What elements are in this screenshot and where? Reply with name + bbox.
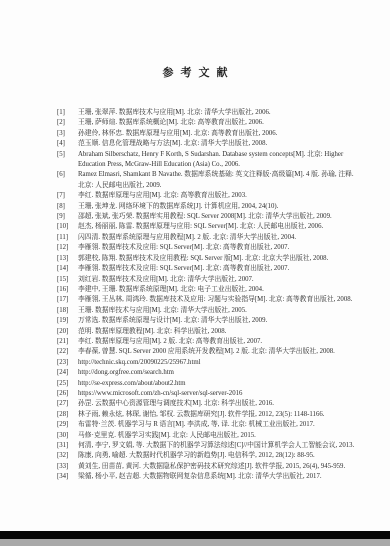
reference-item: [15] 刘红岩. 数据库技术及应用[M]. 北京: 清华大学出版社, 2007…: [57, 275, 360, 285]
reference-item: [34] 梁循, 杨小平, 赵吉超. 大数据物联网复杂信息系统[M]. 北京: …: [57, 472, 360, 482]
reference-number: [15]: [57, 275, 78, 285]
reference-text: 李红. 数据库原理与应用[M]. 2 版. 北京: 高等教育出版社, 2007.: [78, 337, 360, 347]
reference-text: 王珊. 数据库技术与应用[M]. 北京: 清华大学出版社, 2005.: [78, 306, 360, 316]
reference-text: Ramez Elmasri, Shamkant B Navathe. 数据库系统…: [78, 170, 360, 191]
reference-item: [10] 赵杰, 杨丽丽, 陈雷. 数据库原理与应用: SQL Server[M…: [57, 222, 360, 232]
reference-text: 李雁翎. 数据库技术及应用: SQL Server[M]. 北京: 高等教育出版…: [78, 243, 360, 253]
reference-text: 范玉顺. 信息化管理战略与方法[M]. 北京: 清华大学出版社, 2008.: [78, 139, 360, 149]
reference-number: [6]: [57, 170, 78, 180]
reference-number: [28]: [57, 410, 78, 420]
reference-item: [33] 黄刘生, 田苗苗, 黄河. 大数据隐私保护密码技术研究综述[J]. 软…: [57, 462, 360, 472]
scan-footer-gray-bar: [0, 539, 390, 546]
reference-text: 王珊, 张翠萍. 数据库技术与应用[M]. 北京: 清华大学出版社, 2006.: [78, 108, 360, 118]
reference-item: [11] 闪四清. 数据库系统原理与应用教程[M]. 2 版. 北京: 清华大学…: [57, 233, 360, 243]
reference-item: [3] 孙建伶, 林怀忠. 数据库原理与应用[M]. 北京: 高等教育出版社, …: [57, 129, 360, 139]
reference-item: [23] http://technic.skq.com/20090225/259…: [57, 358, 360, 368]
reference-number: [27]: [57, 399, 78, 409]
reference-number: [21]: [57, 337, 78, 347]
reference-number: [24]: [57, 368, 78, 378]
reference-item: [25] http://se-express.com/about/about2.…: [57, 379, 360, 389]
reference-number: [12]: [57, 243, 78, 253]
reference-text: http://dong.orgfree.com/search.htm: [78, 368, 360, 378]
reference-item: [27] 孙罡. 云数据中心资源管理与调度技术[M]. 北京: 科学出版社, 2…: [57, 399, 360, 409]
reference-text: 王珊, 张坤龙. 网络环境下的数据库系统[J]. 计算机应用, 2004, 24…: [78, 202, 360, 212]
reference-number: [19]: [57, 316, 78, 326]
reference-number: [26]: [57, 389, 78, 399]
reference-item: [4] 范玉顺. 信息化管理战略与方法[M]. 北京: 清华大学出版社, 200…: [57, 139, 360, 149]
reference-text: 梁循, 杨小平, 赵吉超. 大数据物联网复杂信息系统[M]. 北京: 清华大学出…: [78, 472, 360, 482]
reference-item: [24] http://dong.orgfree.com/search.htm: [57, 368, 360, 378]
reference-text: http://technic.skq.com/20090225/25967.ht…: [78, 358, 360, 368]
reference-number: [17]: [57, 295, 78, 305]
reference-text: 马修·克里克. 机器学习实践[M]. 北京: 人民邮电出版社, 2015.: [78, 431, 360, 441]
reference-number: [34]: [57, 472, 78, 482]
reference-item: [5] Abraham Silberschatz, Henry F Korth,…: [57, 150, 360, 171]
reference-item: [8] 王珊, 张坤龙. 网络环境下的数据库系统[J]. 计算机应用, 2004…: [57, 202, 360, 212]
reference-item: [2] 王珊, 萨师煊. 数据库系统概论[M]. 北京: 高等教育出版社, 20…: [57, 118, 360, 128]
reference-text: 闪四清. 数据库系统原理与应用教程[M]. 2 版. 北京: 清华大学出版社, …: [78, 233, 360, 243]
reference-item: [32] 陈康, 向勇, 喻超. 大数据时代机器学习的新趋势[J]. 电信科学,…: [57, 451, 360, 461]
reference-number: [9]: [57, 212, 78, 222]
reference-number: [29]: [57, 420, 78, 430]
reference-text: 林子雨, 赖永炫, 林琛, 谢怡, 邹权. 云数据库研究[J]. 软件学报, 2…: [78, 410, 360, 420]
reference-item: [6] Ramez Elmasri, Shamkant B Navathe. 数…: [57, 170, 360, 191]
reference-number: [32]: [57, 451, 78, 461]
reference-item: [20] 范明. 数据库原理教程[M]. 北京: 科学出版社, 2008.: [57, 327, 360, 337]
reference-item: [17] 李雁翎, 王丛林, 周鸿玲. 数据库技术及应用: 习题与实验指导[M]…: [57, 295, 360, 305]
reference-number: [4]: [57, 139, 78, 149]
reference-number: [1]: [57, 108, 78, 118]
reference-text: 刘红岩. 数据库技术及应用[M]. 北京: 清华大学出版社, 2007.: [78, 275, 360, 285]
reference-item: [7] 李红. 数据库原理与应用[M]. 北京: 高等教育出版社, 2003.: [57, 191, 360, 201]
reference-item: [16] 李建中, 王珊. 数据库系统原理[M]. 北京: 电子工业出版社, 2…: [57, 285, 360, 295]
reference-number: [14]: [57, 264, 78, 274]
page-title: 参考文献: [0, 64, 390, 80]
reference-item: [9] 邵超, 张斌, 张巧荣. 数据库实用教程: SQL Server 200…: [57, 212, 360, 222]
reference-number: [10]: [57, 222, 78, 232]
reference-number: [25]: [57, 379, 78, 389]
reference-text: 李雁翎, 王丛林, 周鸿玲. 数据库技术及应用: 习题与实验指导[M]. 北京:…: [78, 295, 360, 305]
reference-text: 范明. 数据库原理教程[M]. 北京: 科学出版社, 2008.: [78, 327, 360, 337]
reference-number: [20]: [57, 327, 78, 337]
reference-text: 赵杰, 杨丽丽, 陈雷. 数据库原理与应用: SQL Server[M]. 北京…: [78, 222, 360, 232]
reference-number: [13]: [57, 254, 78, 264]
reference-text: 万常选. 数据库系统原理与设计[M]. 北京: 清华大学出版社, 2009.: [78, 316, 360, 326]
reference-text: 李雁翎. 数据库技术及应用: SQL Server[M]. 北京: 高等教育出版…: [78, 264, 360, 274]
reference-number: [31]: [57, 441, 78, 451]
reference-item: [19] 万常选. 数据库系统原理与设计[M]. 北京: 清华大学出版社, 20…: [57, 316, 360, 326]
reference-text: 李建中, 王珊. 数据库系统原理[M]. 北京: 电子工业出版社, 2004.: [78, 285, 360, 295]
reference-item: [12] 李雁翎. 数据库技术及应用: SQL Server[M]. 北京: 高…: [57, 243, 360, 253]
reference-number: [22]: [57, 347, 78, 357]
document-page: 参考文献 [1] 王珊, 张翠萍. 数据库技术与应用[M]. 北京: 清华大学出…: [0, 0, 390, 546]
reference-number: [11]: [57, 233, 78, 243]
reference-item: [14] 李雁翎. 数据库技术及应用: SQL Server[M]. 北京: 高…: [57, 264, 360, 274]
reference-number: [2]: [57, 118, 78, 128]
reference-text: https://www.microsoft.com/zh-cn/sql-serv…: [78, 389, 360, 399]
reference-item: [29] 布雷特·兰茨. 机器学习与 R 语言[M]. 李洪成, 等, 译. 北…: [57, 420, 360, 430]
reference-text: 王珊, 萨师煊. 数据库系统概论[M]. 北京: 高等教育出版社, 2006.: [78, 118, 360, 128]
reference-text: 李春葆, 曾慧. SQL Server 2000 应用系统开发教程[M]. 2 …: [78, 347, 360, 357]
reference-list: [1] 王珊, 张翠萍. 数据库技术与应用[M]. 北京: 清华大学出版社, 2…: [57, 108, 360, 483]
reference-number: [5]: [57, 150, 78, 160]
reference-text: 邵超, 张斌, 张巧荣. 数据库实用教程: SQL Server 2008[M]…: [78, 212, 360, 222]
scan-footer-black-bar: [0, 531, 390, 539]
reference-number: [8]: [57, 202, 78, 212]
reference-number: [7]: [57, 191, 78, 201]
reference-number: [33]: [57, 462, 78, 472]
reference-text: 布雷特·兰茨. 机器学习与 R 语言[M]. 李洪成, 等, 译. 北京: 机械…: [78, 420, 360, 430]
reference-text: 孙建伶, 林怀忠. 数据库原理与应用[M]. 北京: 高等教育出版社, 2006…: [78, 129, 360, 139]
reference-text: 黄刘生, 田苗苗, 黄河. 大数据隐私保护密码技术研究综述[J]. 软件学报, …: [78, 462, 360, 472]
reference-item: [26] https://www.microsoft.com/zh-cn/sql…: [57, 389, 360, 399]
reference-number: [23]: [57, 358, 78, 368]
reference-text: 何清, 李宁, 罗文娟, 等. 大数据下的机器学习算法综述[C]//中国计算机学…: [78, 441, 360, 451]
reference-text: http://se-express.com/about/about2.htm: [78, 379, 360, 389]
reference-number: [3]: [57, 129, 78, 139]
reference-item: [22] 李春葆, 曾慧. SQL Server 2000 应用系统开发教程[M…: [57, 347, 360, 357]
reference-number: [18]: [57, 306, 78, 316]
reference-text: 孙罡. 云数据中心资源管理与调度技术[M]. 北京: 科学出版社, 2016.: [78, 399, 360, 409]
reference-item: [30] 马修·克里克. 机器学习实践[M]. 北京: 人民邮电出版社, 201…: [57, 431, 360, 441]
reference-text: 李红. 数据库原理与应用[M]. 北京: 高等教育出版社, 2003.: [78, 191, 360, 201]
reference-item: [28] 林子雨, 赖永炫, 林琛, 谢怡, 邹权. 云数据库研究[J]. 软件…: [57, 410, 360, 420]
reference-item: [21] 李红. 数据库原理与应用[M]. 2 版. 北京: 高等教育出版社, …: [57, 337, 360, 347]
reference-item: [31] 何清, 李宁, 罗文娟, 等. 大数据下的机器学习算法综述[C]//中…: [57, 441, 360, 451]
reference-text: Abraham Silberschatz, Henry F Korth, S S…: [78, 150, 360, 171]
reference-number: [30]: [57, 431, 78, 441]
reference-item: [1] 王珊, 张翠萍. 数据库技术与应用[M]. 北京: 清华大学出版社, 2…: [57, 108, 360, 118]
reference-item: [18] 王珊. 数据库技术与应用[M]. 北京: 清华大学出版社, 2005.: [57, 306, 360, 316]
reference-text: 郭建校, 陈翔. 数据库技术及应用教程: SQL Server 版[M]. 北京…: [78, 254, 360, 264]
reference-text: 陈康, 向勇, 喻超. 大数据时代机器学习的新趋势[J]. 电信科学, 2012…: [78, 451, 360, 461]
reference-number: [16]: [57, 285, 78, 295]
reference-item: [13] 郭建校, 陈翔. 数据库技术及应用教程: SQL Server 版[M…: [57, 254, 360, 264]
